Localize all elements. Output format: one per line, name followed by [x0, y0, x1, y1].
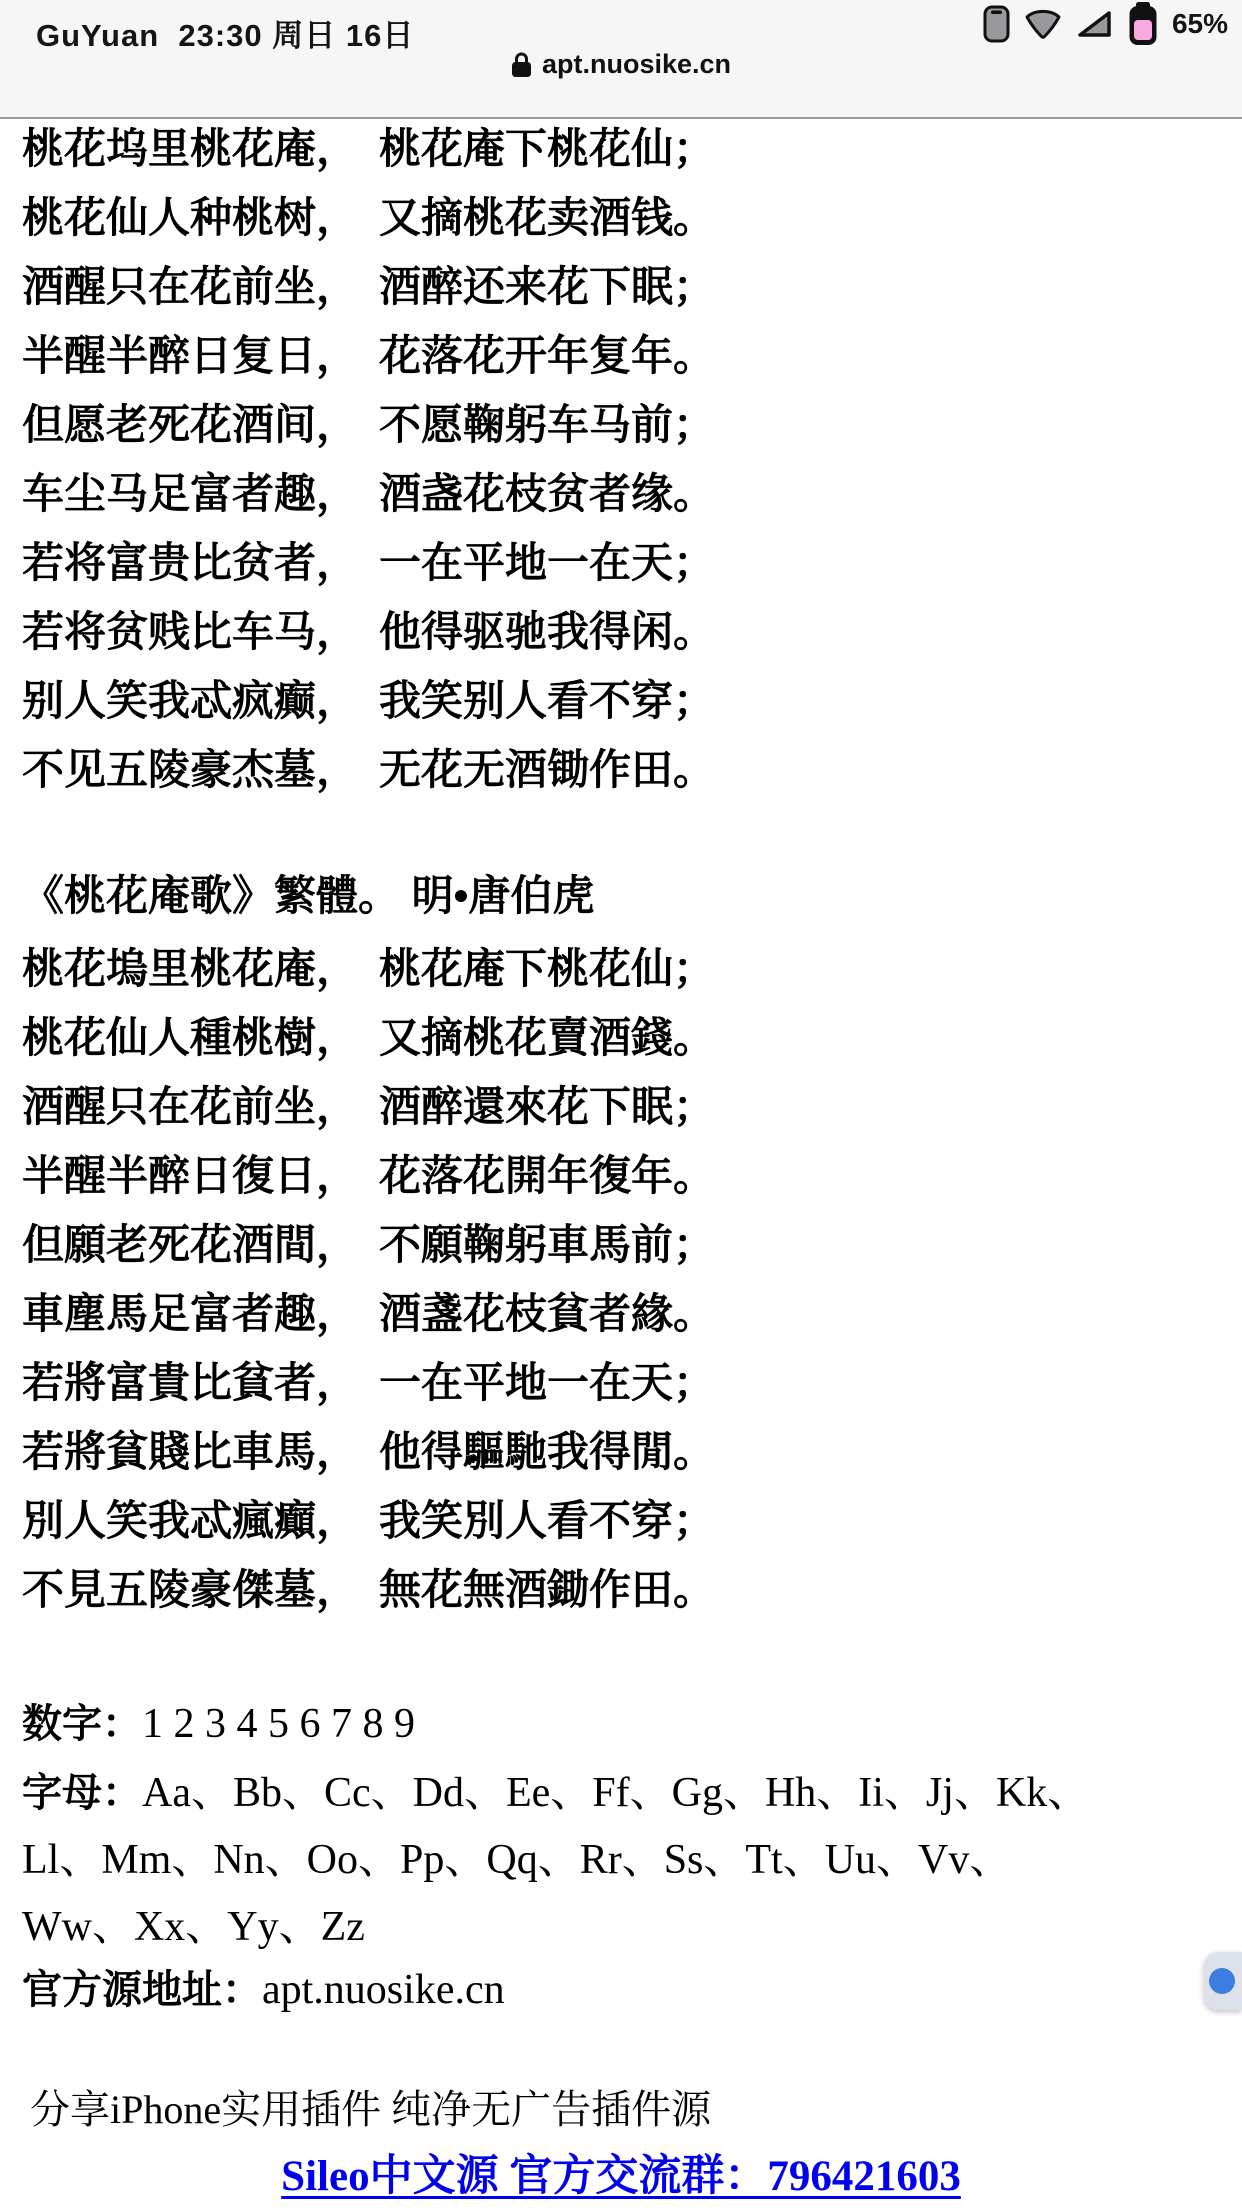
statusbar-icons: 65%	[983, 0, 1228, 48]
traditional-section-title: 《桃花庵歌》繁體。 明•唐伯虎	[22, 858, 594, 927]
url-host: apt.nuosike.cn	[542, 49, 731, 80]
letters-line-2: Ll、Mm、Nn、Oo、Pp、Qq、Rr、Ss、Tt、Uu、Vv、	[22, 1826, 1011, 1886]
poem-line: 桃花坞里桃花庵， 桃花庵下桃花仙；	[22, 111, 715, 180]
source-label: 官方源地址：	[22, 1958, 262, 2015]
numbers-value: 1 2 3 4 5 6 7 8 9	[142, 1700, 415, 1748]
letters-value-2: Ll、Mm、Nn、Oo、Pp、Qq、Rr、Ss、Tt、Uu、Vv、	[22, 1826, 1011, 1886]
share-text: 分享iPhone实用插件 纯净无广告插件源	[30, 2078, 711, 2135]
poem-line: 但願老死花酒間， 不願鞠躬車馬前；	[22, 1207, 715, 1276]
poem-traditional: 桃花塢里桃花庵， 桃花庵下桃花仙； 桃花仙人種桃樹， 又摘桃花賣酒錢。 酒醒只在…	[22, 931, 715, 1621]
battery-percent: 65%	[1172, 8, 1228, 40]
cellular-icon	[1076, 9, 1114, 39]
poem-line: 若將貧賤比車馬， 他得驅馳我得閒。	[22, 1414, 715, 1483]
footer-link-line: Sileo中文源 官方交流群：796421603	[0, 2142, 1242, 2203]
poem-line: 車塵馬足富者趣， 酒盞花枝貧者緣。	[22, 1276, 715, 1345]
poem-line: 桃花仙人种桃树， 又摘桃花卖酒钱。	[22, 180, 715, 249]
battery-icon	[1128, 2, 1158, 46]
lock-icon	[511, 51, 532, 78]
floating-button[interactable]	[1204, 1952, 1242, 2010]
poem-line: 半醒半醉日复日， 花落花开年复年。	[22, 318, 715, 387]
sileo-group-link[interactable]: Sileo中文源 官方交流群：796421603	[281, 2153, 961, 2200]
floating-button-icon	[1209, 1968, 1235, 1994]
wifi-icon	[1024, 8, 1062, 40]
poem-line: 桃花仙人種桃樹， 又摘桃花賣酒錢。	[22, 1000, 715, 1069]
letters-line-3: Ww、Xx、Yy、Zz	[22, 1893, 365, 1953]
source-value: apt.nuosike.cn	[262, 1966, 505, 2014]
poem-line: 酒醒只在花前坐， 酒醉還來花下眠；	[22, 1069, 715, 1138]
source-address-line: 官方源地址：apt.nuosike.cn	[22, 1958, 505, 2015]
numbers-label: 数字：	[22, 1692, 142, 1749]
letters-label: 字母：	[22, 1761, 142, 1818]
poem-line: 车尘马足富者趣， 酒盏花枝贫者缘。	[22, 456, 715, 525]
device-icon	[983, 5, 1010, 43]
poem-line: 不見五陵豪傑墓， 無花無酒鋤作田。	[22, 1552, 715, 1621]
poem-line: 桃花塢里桃花庵， 桃花庵下桃花仙；	[22, 931, 715, 1000]
letters-value-3: Ww、Xx、Yy、Zz	[22, 1893, 365, 1953]
poem-line: 若將富貴比貧者， 一在平地一在天；	[22, 1345, 715, 1414]
browser-header: GuYuan 23:30 周日 16日	[0, 0, 1242, 119]
poem-line: 若将富贵比贫者， 一在平地一在天；	[22, 525, 715, 594]
letters-line-1: 字母：Aa、Bb、Cc、Dd、Ee、Ff、Gg、Hh、Ii、Jj、Kk、	[22, 1759, 1089, 1819]
poem-line: 别人笑我忒疯癫， 我笑别人看不穿；	[22, 663, 715, 732]
poem-simplified: 桃花坞里桃花庵， 桃花庵下桃花仙； 桃花仙人种桃树， 又摘桃花卖酒钱。 酒醒只在…	[22, 111, 715, 801]
poem-line: 酒醒只在花前坐， 酒醉还来花下眠；	[22, 249, 715, 318]
poem-line: 不见五陵豪杰墓， 无花无酒锄作田。	[22, 732, 715, 801]
numbers-line: 数字：1 2 3 4 5 6 7 8 9	[22, 1692, 415, 1749]
poem-line: 半醒半醉日復日， 花落花開年復年。	[22, 1138, 715, 1207]
poem-line: 別人笑我忒瘋癲， 我笑別人看不穿；	[22, 1483, 715, 1552]
letters-value-1: Aa、Bb、Cc、Dd、Ee、Ff、Gg、Hh、Ii、Jj、Kk、	[142, 1759, 1089, 1819]
poem-line: 但愿老死花酒间， 不愿鞠躬车马前；	[22, 387, 715, 456]
poem-line: 若将贫贱比车马， 他得驱驰我得闲。	[22, 594, 715, 663]
address-bar[interactable]: apt.nuosike.cn	[0, 44, 1242, 84]
